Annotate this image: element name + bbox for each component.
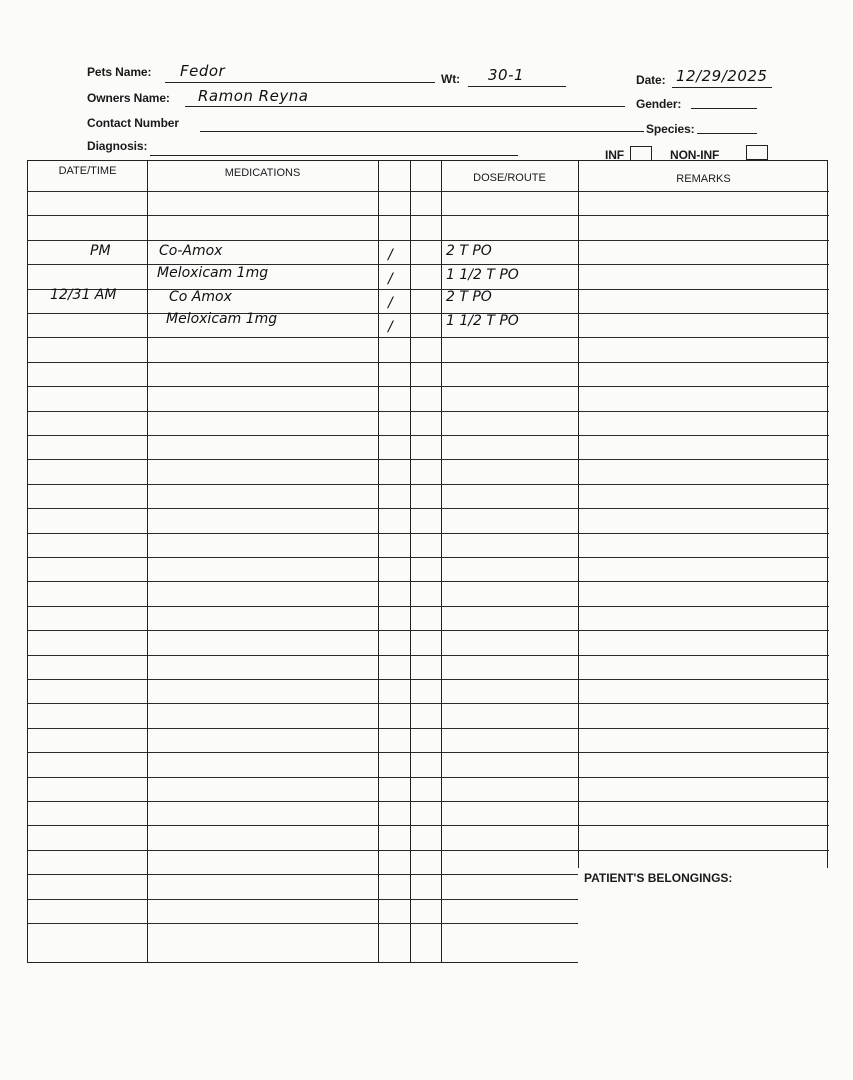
entry-2-dose-route: 1 1/2 T PO: [446, 267, 519, 283]
diagnosis-label: Diagnosis:: [87, 139, 147, 153]
table-row-line: [28, 362, 829, 363]
entry-1-datetime: PM: [90, 243, 111, 259]
table-row-line: [28, 508, 829, 509]
wt-label: Wt:: [441, 72, 460, 86]
col-divider: [410, 161, 411, 962]
entry-1-dose-route: 2 T PO: [446, 243, 492, 259]
table-row-line: [28, 630, 829, 631]
table-row-line: [28, 655, 829, 656]
table-row-line: [28, 581, 829, 582]
col-divider: [147, 161, 148, 962]
table-row-line: [28, 825, 829, 826]
gender-label: Gender:: [636, 97, 681, 111]
owners-name-value: Ramon Reyna: [198, 87, 308, 105]
table-row-line: [28, 386, 829, 387]
entry-3-check: /: [388, 295, 393, 311]
date-label: Date:: [636, 73, 666, 87]
species-field[interactable]: [697, 133, 757, 134]
table-row-line: [28, 533, 829, 534]
entry-4-medication: Meloxicam 1mg: [166, 311, 277, 327]
inf-checkbox[interactable]: [630, 146, 652, 161]
entry-3-dose-route: 2 T PO: [446, 289, 492, 305]
table-row-line: [28, 313, 829, 314]
table-row-line: [28, 337, 829, 338]
owners-name-label: Owners Name:: [87, 91, 170, 105]
species-label: Species:: [646, 122, 695, 136]
patients-belongings-label: PATIENT'S BELONGINGS:: [584, 871, 732, 885]
table-row-line: [28, 801, 829, 802]
table-row-line: [28, 606, 829, 607]
patients-belongings-box[interactable]: PATIENT'S BELONGINGS:: [578, 868, 829, 964]
date-value: 12/29/2025: [676, 67, 767, 85]
table-row-line: [28, 728, 829, 729]
date-field[interactable]: [672, 87, 772, 88]
header-remarks: REMARKS: [578, 173, 829, 185]
table-row-line: [28, 435, 829, 436]
table-row-line: [28, 703, 829, 704]
table-row-line: [28, 191, 829, 192]
table-row-line: [28, 240, 829, 241]
table-row-line: [28, 484, 829, 485]
table-row-line: [28, 777, 829, 778]
entry-3-datetime: 12/31 AM: [50, 287, 116, 303]
entry-2-medication: Meloxicam 1mg: [157, 265, 268, 281]
table-row-line: [28, 557, 829, 558]
table-row-line: [28, 752, 829, 753]
wt-value: 30-1: [488, 66, 524, 84]
table-row-line: [28, 850, 829, 851]
col-divider: [378, 161, 379, 962]
entry-3-medication: Co Amox: [169, 289, 232, 305]
non-inf-checkbox[interactable]: [746, 145, 768, 160]
table-row-line: [28, 874, 578, 875]
contact-number-field[interactable]: [200, 131, 644, 132]
entry-2-check: /: [388, 271, 393, 287]
col-divider: [578, 161, 579, 962]
header-medications: MEDICATIONS: [147, 167, 378, 179]
medication-table: DATE/TIME MEDICATIONS DOSE/ROUTE REMARKS…: [27, 160, 828, 963]
table-row-line: [28, 289, 829, 290]
pets-name-field[interactable]: [165, 82, 435, 83]
diagnosis-field[interactable]: [150, 155, 518, 156]
table-row-line: [28, 215, 829, 216]
header-datetime: DATE/TIME: [28, 165, 147, 177]
entry-4-check: /: [388, 319, 393, 335]
entry-1-medication: Co-Amox: [159, 243, 222, 259]
table-row-line: [28, 899, 578, 900]
table-row-line: [28, 459, 829, 460]
table-row-line: [28, 411, 829, 412]
table-row-line: [28, 264, 829, 265]
table-row-line: [28, 679, 829, 680]
owners-name-field[interactable]: [185, 106, 625, 107]
pets-name-label: Pets Name:: [87, 65, 151, 79]
header-dose-route: DOSE/ROUTE: [441, 172, 578, 184]
entry-1-check: /: [388, 247, 393, 263]
entry-4-dose-route: 1 1/2 T PO: [446, 313, 519, 329]
contact-number-label: Contact Number: [87, 116, 179, 130]
col-divider: [441, 161, 442, 962]
table-row-line: [28, 923, 578, 924]
wt-field[interactable]: [468, 86, 566, 87]
pets-name-value: Fedor: [180, 62, 225, 80]
gender-field[interactable]: [691, 108, 757, 109]
